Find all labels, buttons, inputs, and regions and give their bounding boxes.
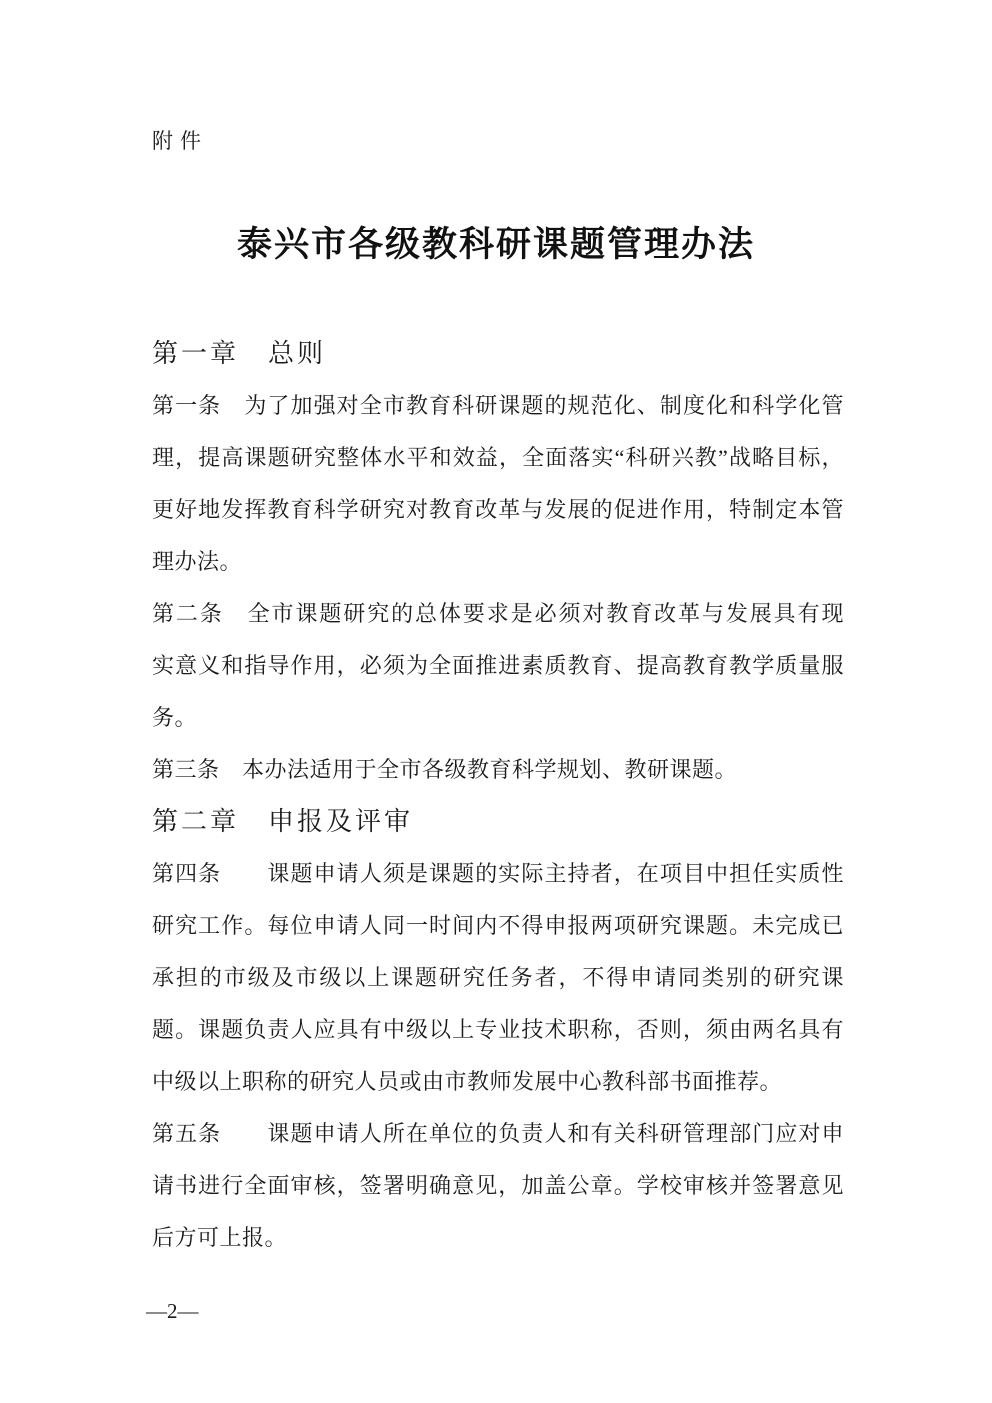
paragraph-line: 理，提高课题研究整体水平和效益，全面落实“科研兴教”战略目标， xyxy=(152,432,844,484)
document-page: 附件 泰兴市各级教科研课题管理办法 第一章 总则 第一条 为了加强对全市教育科研… xyxy=(0,0,992,1403)
paragraph-line: 务。 xyxy=(152,692,844,744)
attachment-label: 附件 xyxy=(152,128,208,154)
paragraph-line: 请书进行全面审核，签署明确意见，加盖公章。学校审核并签署意见 xyxy=(152,1160,844,1212)
chapter-heading: 第一章 总则 xyxy=(152,328,844,380)
document-body: 第一章 总则 第一条 为了加强对全市教育科研课题的规范化、制度化和科学化管 理，… xyxy=(152,328,844,1264)
page-number: —2— xyxy=(146,1296,199,1326)
paragraph-line: 研究工作。每位申请人同一时间内不得申报两项研究课题。未完成已 xyxy=(152,900,844,952)
paragraph-line: 题。课题负责人应具有中级以上专业技术职称，否则，须由两名具有 xyxy=(152,1004,844,1056)
document-title: 泰兴市各级教科研课题管理办法 xyxy=(0,222,992,268)
chapter-heading: 第二章 申报及评审 xyxy=(152,796,844,848)
paragraph-line: 第一条 为了加强对全市教育科研课题的规范化、制度化和科学化管 xyxy=(152,380,844,432)
paragraph-line: 第三条 本办法适用于全市各级教育科学规划、教研课题。 xyxy=(152,744,844,796)
paragraph-line: 第四条 课题申请人须是课题的实际主持者，在项目中担任实质性 xyxy=(152,848,844,900)
paragraph-line: 第五条 课题申请人所在单位的负责人和有关科研管理部门应对申 xyxy=(152,1108,844,1160)
paragraph-line: 实意义和指导作用，必须为全面推进素质教育、提高教育教学质量服 xyxy=(152,640,844,692)
paragraph-line: 中级以上职称的研究人员或由市教师发展中心教科部书面推荐。 xyxy=(152,1056,844,1108)
paragraph-line: 第二条 全市课题研究的总体要求是必须对教育改革与发展具有现 xyxy=(152,588,844,640)
paragraph-line: 后方可上报。 xyxy=(152,1212,844,1264)
paragraph-line: 承担的市级及市级以上课题研究任务者，不得申请同类别的研究课 xyxy=(152,952,844,1004)
paragraph-line: 更好地发挥教育科学研究对教育改革与发展的促进作用，特制定本管 xyxy=(152,484,844,536)
paragraph-line: 理办法。 xyxy=(152,536,844,588)
